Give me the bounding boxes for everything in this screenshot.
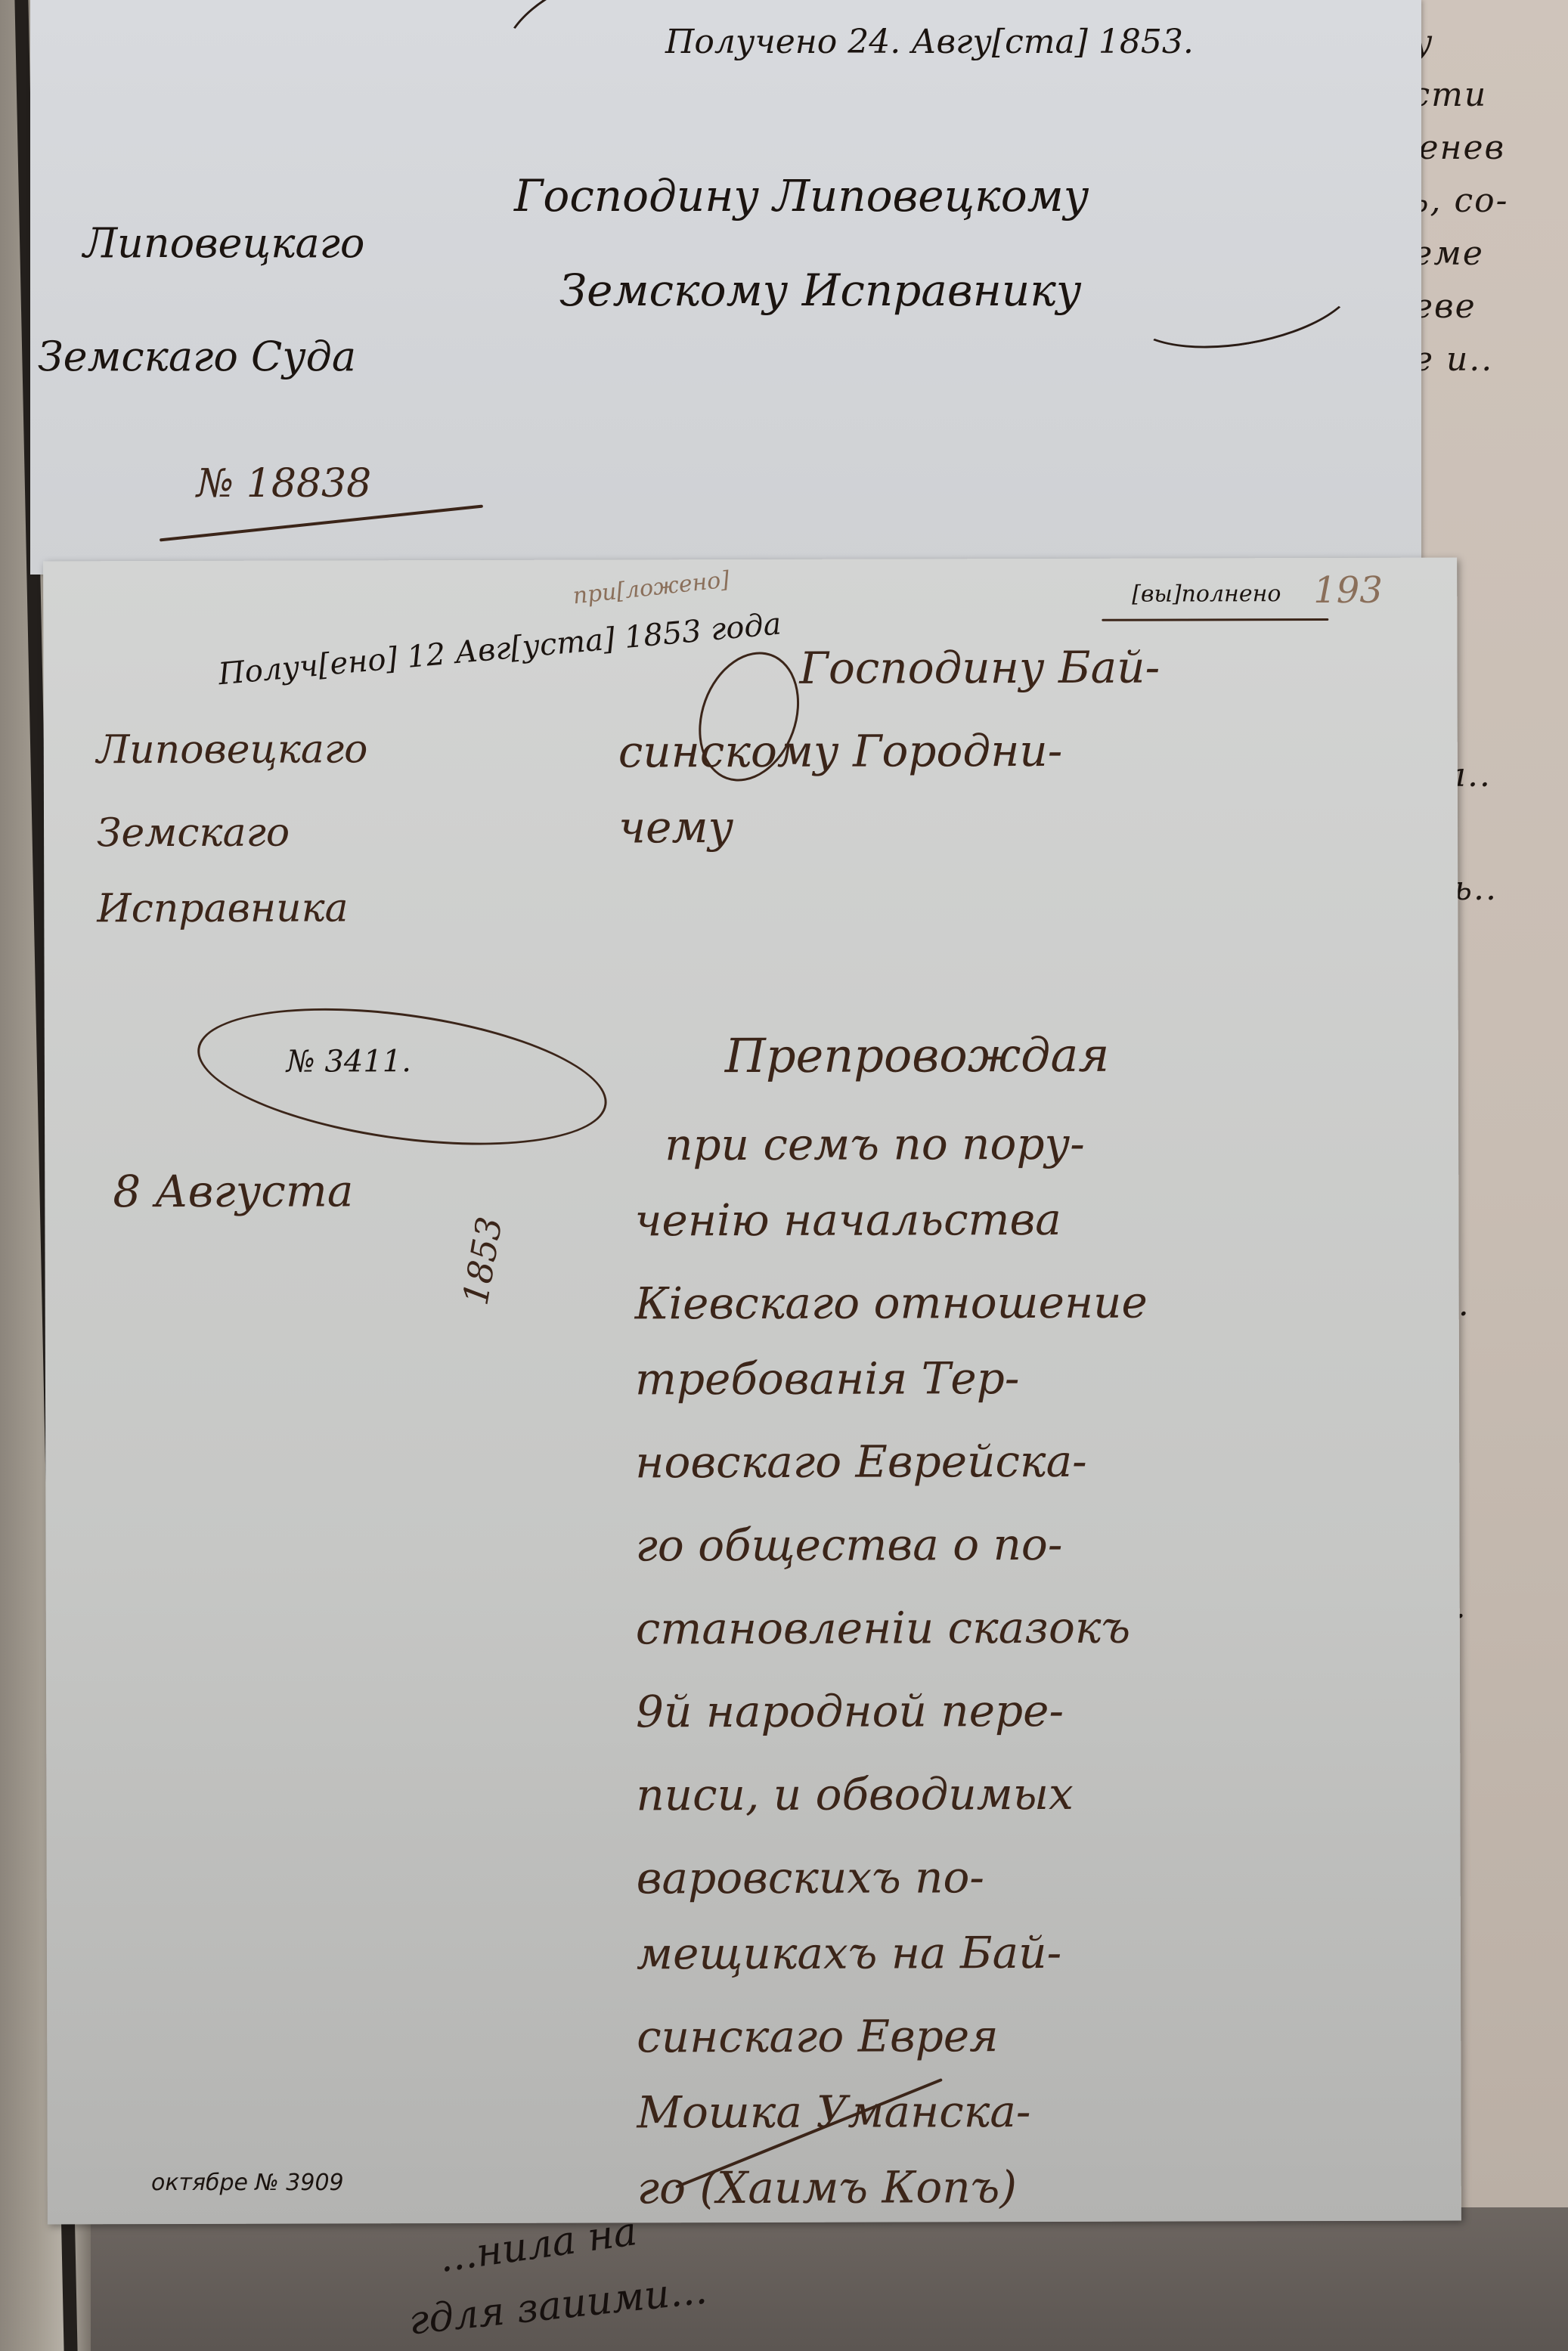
body-line: требованія Тер- [635,1352,1020,1405]
body-line: Мошка Уманска- [637,2086,1030,2138]
addressee-line-2: Земскому Исправнику [559,265,1081,316]
addressee-line-2: синскому Городни- [618,725,1063,778]
document-number: № 18838 [197,461,371,506]
received-note: Получено 24. Авгу[ста] 1853. [665,23,1194,61]
body-line: при семъ по пору- [665,1118,1085,1170]
folio-number: 193 [1313,569,1383,612]
bottom-sheet: ...нила на гдля заиими... [91,2207,1568,2351]
header-extra-1: при[ложено] [572,566,731,609]
body-line: синскаго Еврея [637,2010,999,2062]
number-underline [160,505,483,542]
addressee-line-3: чему [618,801,733,853]
addressee-line-1: Господину Липовецкому [514,170,1089,221]
flourish-decoration [1120,230,1364,364]
body-line: новскаго Еврейска- [635,1436,1087,1488]
archive-annotation: октябре № 3909 [151,2170,344,2196]
body-line: Препровождая [725,1027,1110,1083]
addressee-line-1: Господину Бай- [799,642,1160,694]
sender-line-2: Земскаго Суда [38,333,356,380]
outgoing-number: № 3411. [287,1044,411,1079]
sender-line-1: Липовецкаго [97,726,368,773]
receipt-note: Получ[ено] 12 Авг[уста] 1853 года [217,606,782,692]
body-line: мещикахъ на Бай- [637,1927,1061,1979]
body-line: го (Хаимъ Копъ) [637,2161,1017,2213]
sender-line-2: Земскаго [97,810,290,856]
body-line: варовскихъ по- [637,1851,984,1903]
sender-line-3: Исправника [97,885,348,931]
date-line: 8 Августа [113,1165,353,1217]
body-line: 9й народной пере- [636,1685,1064,1737]
body-line: становленіи сказокъ [636,1602,1130,1655]
cover-sheet: Получено 24. Авгу[ста] 1853. Липовецкаго… [30,0,1421,575]
body-line: го общества о по- [635,1519,1062,1571]
header-extra-2: [вы]полнено [1132,581,1281,608]
date-year: 1853 [454,1214,510,1309]
header-underline [1102,618,1328,621]
body-line: писи, и обводимых [636,1768,1074,1821]
sender-line-1: Липовецкаго [83,219,364,267]
main-sheet: при[ложено] Получ[ено] 12 Авг[уста] 1853… [43,558,1461,2225]
body-line: Кіевскаго отношение [635,1277,1148,1330]
body-line: ченію начальства [634,1194,1061,1246]
